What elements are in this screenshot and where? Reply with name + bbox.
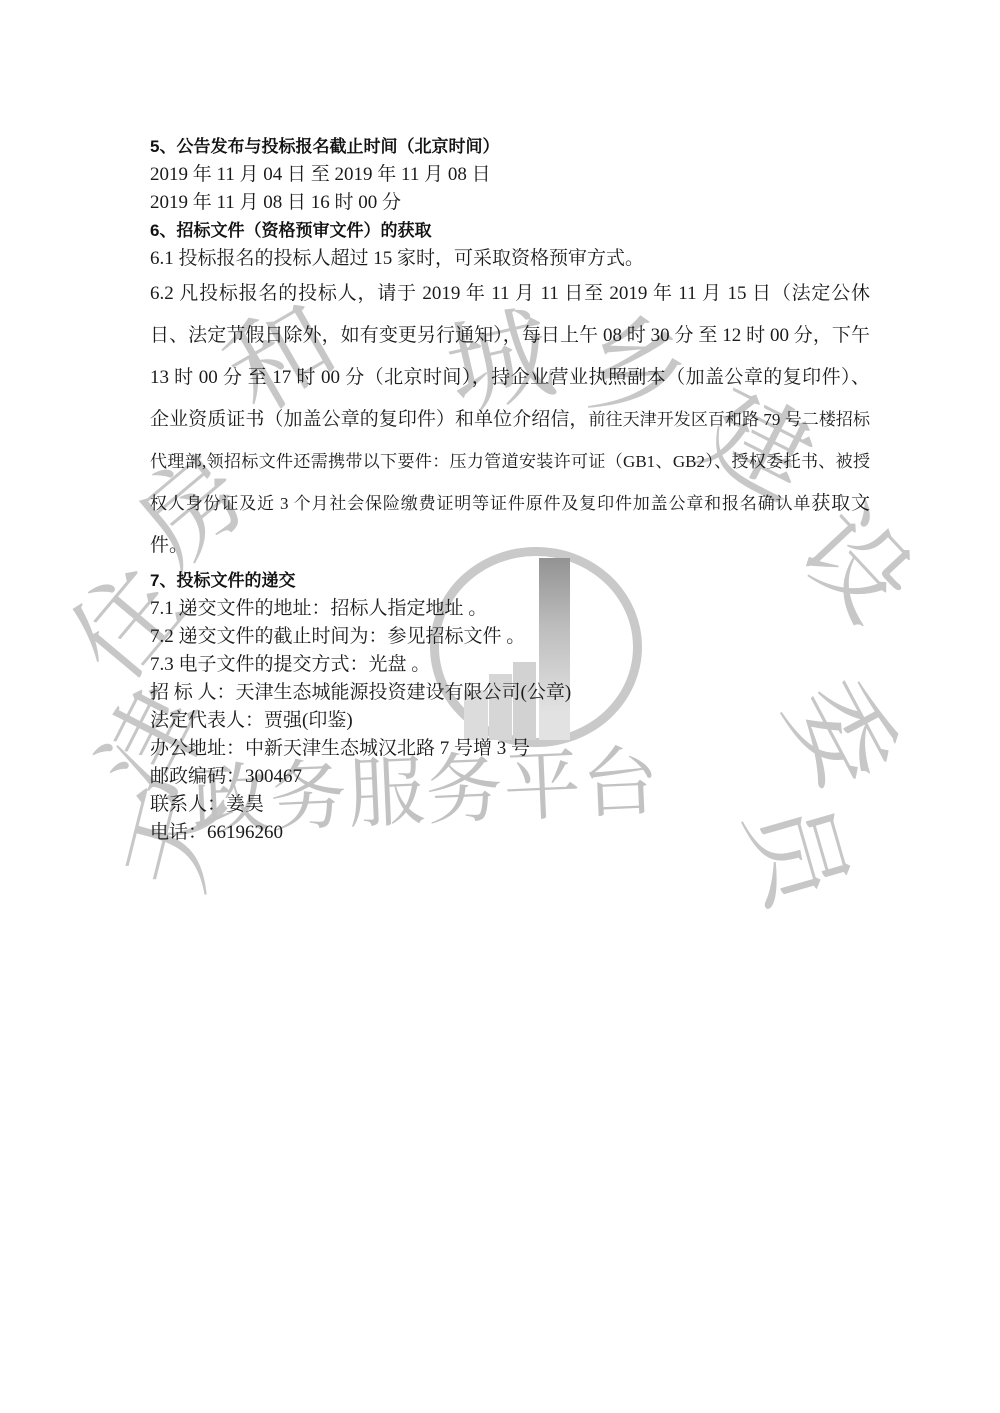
- clause-7-1: 7.1 递交文件的地址：招标人指定地址 。: [150, 595, 870, 623]
- phone-line: 电话：66196260: [150, 819, 870, 847]
- clause-6-2: 6.2 凡投标报名的投标人，请于 2019 年 11 月 11 日至 2019 …: [150, 273, 870, 567]
- clause-6-1: 6.1 投标报名的投标人超过 15 家时，可采取资格预审方式。: [150, 245, 870, 273]
- document-content: 5、公告发布与投标报名截止时间（北京时间） 2019 年 11 月 04 日 至…: [0, 0, 1000, 1413]
- section7-heading: 7、投标文件的递交: [150, 567, 870, 595]
- tenderer-line: 招 标 人：天津生态城能源投资建设有限公司(公章): [150, 679, 870, 707]
- section5-heading: 5、公告发布与投标报名截止时间（北京时间）: [150, 133, 870, 161]
- clause-6-2-part1: 6.2 凡投标报名的投标人，请于 2019 年 11 月 11 日至 2019 …: [150, 283, 870, 430]
- publish-date-range: 2019 年 11 月 04 日 至 2019 年 11 月 08 日: [150, 161, 870, 189]
- document-page: 天津住房和城乡建设委员 政务服务平台 5、公告发布与投标报名截止时间（北京时间）…: [0, 0, 1000, 1413]
- legal-representative-line: 法定代表人：贾强(印鉴): [150, 707, 870, 735]
- section6-heading: 6、招标文件（资格预审文件）的获取: [150, 217, 870, 245]
- office-address-line: 办公地址：中新天津生态城汉北路 7 号增 3 号: [150, 735, 870, 763]
- clause-7-2: 7.2 递交文件的截止时间为：参见招标文件 。: [150, 623, 870, 651]
- contact-person-line: 联系人：姜昊: [150, 791, 870, 819]
- registration-deadline: 2019 年 11 月 08 日 16 时 00 分: [150, 189, 870, 217]
- clause-7-3: 7.3 电子文件的提交方式：光盘 。: [150, 651, 870, 679]
- postal-code-line: 邮政编码：300467: [150, 763, 870, 791]
